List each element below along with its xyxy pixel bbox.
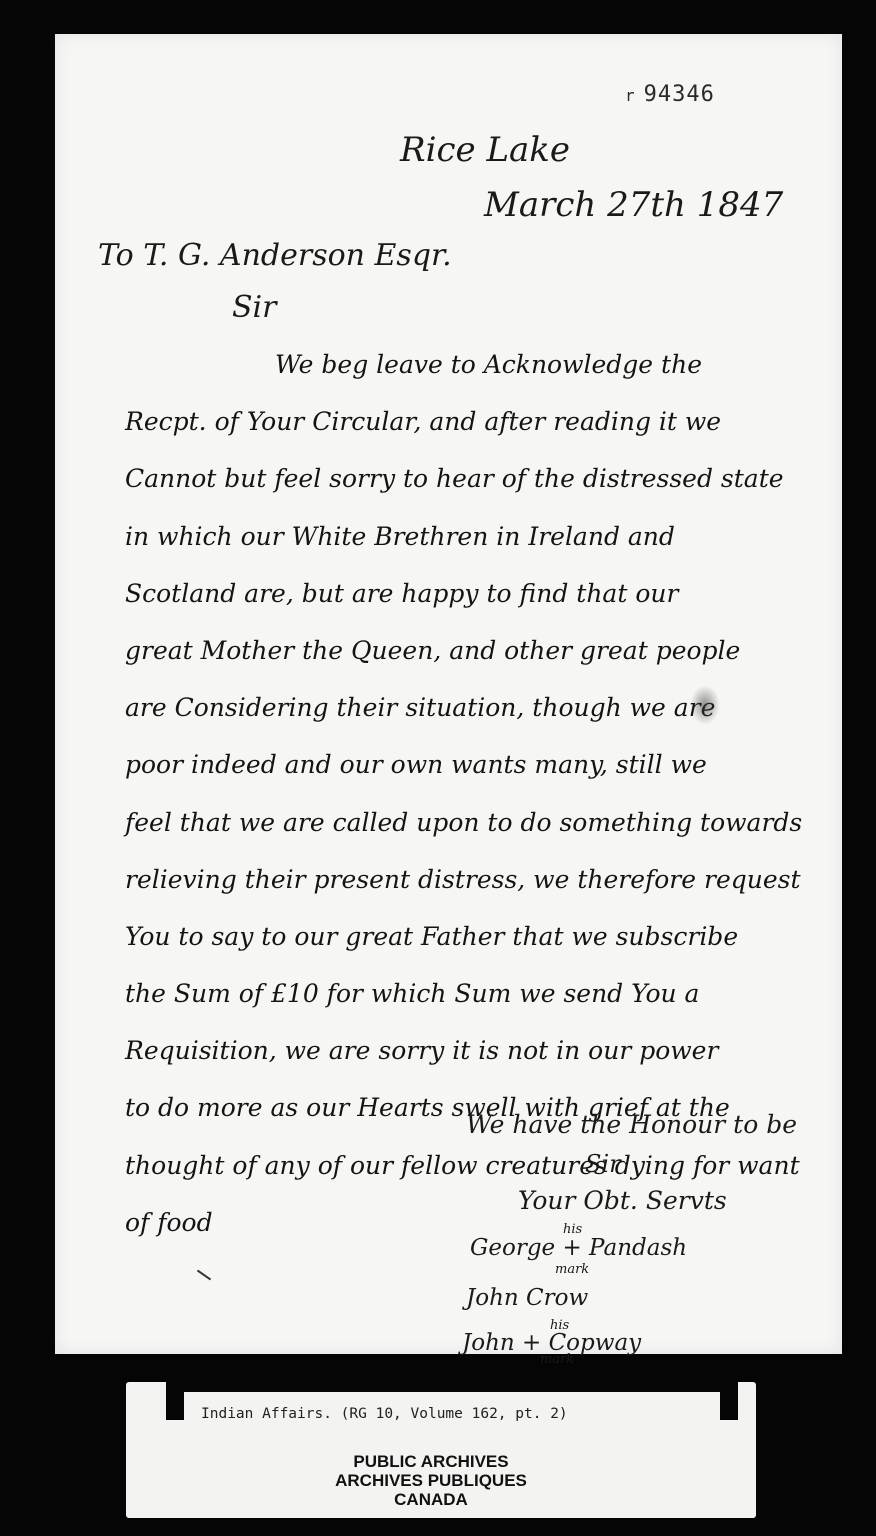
letter-date: March 27th 1847 — [484, 185, 783, 225]
label-holder-bar — [184, 1382, 720, 1392]
archive-label-card: Indian Affairs. (RG 10, Volume 162, pt. … — [126, 1382, 756, 1518]
signature-mark-his: his — [550, 1318, 569, 1333]
body-line: You to say to our great Father that we s… — [125, 908, 845, 965]
letter-addressee: To T. G. Anderson Esqr. — [98, 238, 452, 273]
ink-smudge — [690, 685, 720, 725]
label-holder-clip-right — [720, 1382, 738, 1420]
body-line: relieving their present distress, we the… — [125, 851, 845, 908]
signature-mark-mark: mark — [555, 1262, 589, 1277]
body-line: Scotland are, but are happy to find that… — [125, 565, 845, 622]
body-line: Requisition, we are sorry it is not in o… — [125, 1022, 845, 1079]
letter-closing: We have the Honour to be — [466, 1110, 797, 1139]
archive-stamp-prefix: r — [625, 86, 636, 105]
body-line: poor indeed and our own wants many, stil… — [125, 736, 845, 793]
archive-org-english: PUBLIC ARCHIVES — [116, 1452, 746, 1471]
letter-salutation: Sir — [232, 290, 277, 325]
letter-closing-servants: Your Obt. Servts — [518, 1186, 727, 1215]
body-line: Recpt. of Your Circular, and after readi… — [125, 393, 845, 450]
signature-mark-mark: mark — [540, 1352, 574, 1367]
body-line: We beg leave to Acknowledge the — [125, 336, 845, 393]
signature-george-pandash: George + Pandash — [470, 1235, 687, 1261]
body-line: feel that we are called upon to do somet… — [125, 794, 845, 851]
body-line: in which our White Brethren in Ireland a… — [125, 508, 845, 565]
body-line: are Considering their situation, though … — [125, 679, 845, 736]
body-line: the Sum of £10 for which Sum we send You… — [125, 965, 845, 1022]
body-line: great Mother the Queen, and other great … — [125, 622, 845, 679]
archive-stamp-number: r94346 — [625, 82, 715, 107]
body-line: thought of any of our fellow creatures d… — [125, 1137, 845, 1194]
letter-closing-sir: Sir — [585, 1150, 621, 1178]
signature-john-crow: John Crow — [466, 1285, 588, 1311]
archive-stamp-digits: 94346 — [644, 82, 715, 107]
label-holder-clip-left — [166, 1382, 184, 1420]
archive-org-country: CANADA — [116, 1490, 746, 1509]
body-line: Cannot but feel sorry to hear of the dis… — [125, 450, 845, 507]
archive-org-french: ARCHIVES PUBLIQUES — [116, 1471, 746, 1490]
archive-reference: Indian Affairs. (RG 10, Volume 162, pt. … — [201, 1406, 568, 1422]
letter-place: Rice Lake — [400, 130, 570, 170]
